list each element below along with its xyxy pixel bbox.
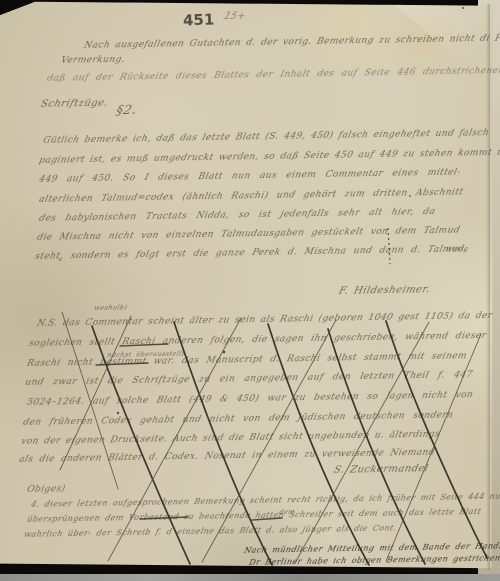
- page-fold-highlight: [388, 0, 500, 92]
- page-number-annotation: 15+: [222, 11, 247, 22]
- page-number: 451: [183, 10, 215, 29]
- heading-mark: §2.: [115, 104, 138, 117]
- photo-bottom-strip: [0, 574, 500, 581]
- signature: S. Zuckermandel: [333, 464, 430, 476]
- manuscript-photo: 451 15+ Nach ausgefallenen Gutachten d. …: [0, 0, 500, 581]
- heading-word: Schriftzüge.: [40, 99, 109, 110]
- signature: F. Hildesheimer.: [338, 285, 431, 297]
- handwriting-line: Vermerkung.: [60, 56, 126, 66]
- margin-label: Obiges): [26, 485, 66, 495]
- interline-insert: weshalb): [93, 304, 127, 311]
- page-edge-shadow: [486, 4, 490, 570]
